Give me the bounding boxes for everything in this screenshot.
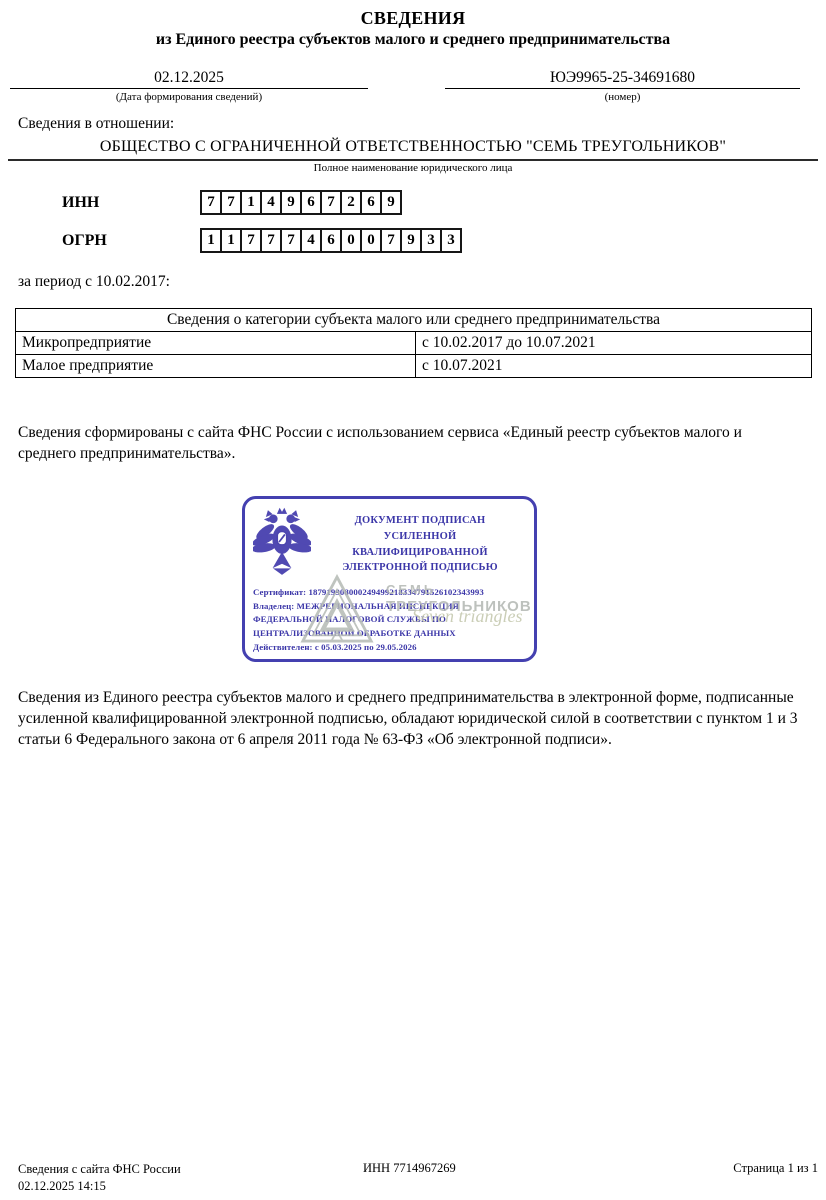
table-header-cell: Сведения о категории субъекта малого или… — [16, 309, 812, 332]
document-number-block: ЮЭ9965-25-34691680 (номер) — [445, 69, 800, 103]
ogrn-digit-boxes: 1 1 7 7 7 4 6 0 0 7 9 3 3 — [200, 228, 462, 253]
digital-signature-stamp: ДОКУМЕНТ ПОДПИСАН УСИЛЕННОЙ КВАЛИФИЦИРОВ… — [242, 496, 537, 662]
category-cell: Микропредприятие — [16, 332, 416, 355]
page-subtitle: из Единого реестра субъектов малого и ср… — [0, 31, 826, 49]
stamp-title-line: ЭЛЕКТРОННОЙ ПОДПИСЬЮ — [315, 560, 525, 576]
footer-page-number: Страница 1 из 1 — [733, 1161, 818, 1176]
company-caption: Полное наименование юридического лица — [0, 162, 826, 174]
inn-digit-cell: 9 — [280, 190, 302, 215]
ogrn-digit-cell: 6 — [320, 228, 342, 253]
stamp-owner: Владелец: МЕЖРЕГИОНАЛЬНАЯ ИНСПЕКЦИЯ ФЕДЕ… — [253, 600, 525, 641]
ogrn-row: ОГРН 1 1 7 7 7 4 6 0 0 7 9 3 3 — [62, 228, 826, 253]
category-cell: Малое предприятие — [16, 355, 416, 378]
inn-label: ИНН — [62, 194, 200, 212]
ogrn-digit-cell: 0 — [340, 228, 362, 253]
inn-row: ИНН 7 7 1 4 9 6 7 2 6 9 — [62, 190, 826, 215]
inn-digit-cell: 2 — [340, 190, 362, 215]
ogrn-digit-cell: 1 — [200, 228, 222, 253]
company-underline — [8, 159, 818, 161]
ogrn-digit-cell: 4 — [300, 228, 322, 253]
ogrn-digit-cell: 3 — [420, 228, 442, 253]
table-header-row: Сведения о категории субъекта малого или… — [16, 309, 812, 332]
stamp-validity: Действителен: с 05.03.2025 по 29.05.2026 — [253, 641, 525, 655]
ogrn-digit-cell: 9 — [400, 228, 422, 253]
stamp-title-line: ДОКУМЕНТ ПОДПИСАН — [315, 513, 525, 529]
table-row: Микропредприятие с 10.02.2017 до 10.07.2… — [16, 332, 812, 355]
page-title: СВЕДЕНИЯ — [0, 0, 826, 29]
stamp-title: ДОКУМЕНТ ПОДПИСАН УСИЛЕННОЙ КВАЛИФИЦИРОВ… — [315, 513, 525, 576]
period-cell: с 10.02.2017 до 10.07.2021 — [416, 332, 812, 355]
inn-digit-cell: 7 — [220, 190, 242, 215]
inn-digit-cell: 7 — [200, 190, 222, 215]
ogrn-digit-cell: 7 — [260, 228, 282, 253]
formation-date-block: 02.12.2025 (Дата формирования сведений) — [10, 69, 368, 103]
ogrn-digit-cell: 7 — [240, 228, 262, 253]
formation-date-label: (Дата формирования сведений) — [10, 91, 368, 103]
footer-source: Сведения с сайта ФНС России 02.12.2025 1… — [18, 1161, 181, 1195]
stamp-certificate: Сертификат: 1879199080002494992183347915… — [253, 586, 525, 600]
period-line: за период с 10.02.2017: — [18, 273, 826, 291]
stamp-details: Сертификат: 1879199080002494992183347915… — [253, 586, 525, 654]
document-number-label: (номер) — [445, 91, 800, 103]
service-note: Сведения сформированы с сайта ФНС России… — [18, 422, 798, 464]
footer-inn: ИНН 7714967269 — [363, 1161, 456, 1176]
ogrn-digit-cell: 0 — [360, 228, 382, 253]
ogrn-digit-cell: 7 — [280, 228, 302, 253]
ogrn-label: ОГРН — [62, 232, 200, 250]
formation-date-value: 02.12.2025 — [10, 69, 368, 89]
inn-digit-cell: 1 — [240, 190, 262, 215]
inn-digit-cell: 6 — [360, 190, 382, 215]
legal-note: Сведения из Единого реестра субъектов ма… — [18, 687, 798, 750]
ogrn-digit-cell: 1 — [220, 228, 242, 253]
category-table: Сведения о категории субъекта малого или… — [15, 308, 812, 378]
period-cell: с 10.07.2021 — [416, 355, 812, 378]
table-row: Малое предприятие с 10.07.2021 — [16, 355, 812, 378]
footer-source-line2: 02.12.2025 14:15 — [18, 1178, 181, 1195]
document-number-value: ЮЭ9965-25-34691680 — [445, 69, 800, 89]
stamp-top: ДОКУМЕНТ ПОДПИСАН УСИЛЕННОЙ КВАЛИФИЦИРОВ… — [253, 506, 525, 583]
stamp-title-line: УСИЛЕННОЙ КВАЛИФИЦИРОВАННОЙ — [315, 529, 525, 561]
company-name: ОБЩЕСТВО С ОГРАНИЧЕННОЙ ОТВЕТСТВЕННОСТЬЮ… — [0, 138, 826, 156]
document-page: СВЕДЕНИЯ из Единого реестра субъектов ма… — [0, 0, 826, 1200]
footer-source-line1: Сведения с сайта ФНС России — [18, 1161, 181, 1178]
ogrn-digit-cell: 7 — [380, 228, 402, 253]
reference-row: 02.12.2025 (Дата формирования сведений) … — [0, 69, 826, 103]
subject-label: Сведения в отношении: — [18, 115, 826, 133]
russian-eagle-emblem-icon — [253, 506, 311, 583]
inn-digit-cell: 4 — [260, 190, 282, 215]
inn-digit-boxes: 7 7 1 4 9 6 7 2 6 9 — [200, 190, 402, 215]
inn-digit-cell: 7 — [320, 190, 342, 215]
ogrn-digit-cell: 3 — [440, 228, 462, 253]
inn-digit-cell: 9 — [380, 190, 402, 215]
inn-digit-cell: 6 — [300, 190, 322, 215]
